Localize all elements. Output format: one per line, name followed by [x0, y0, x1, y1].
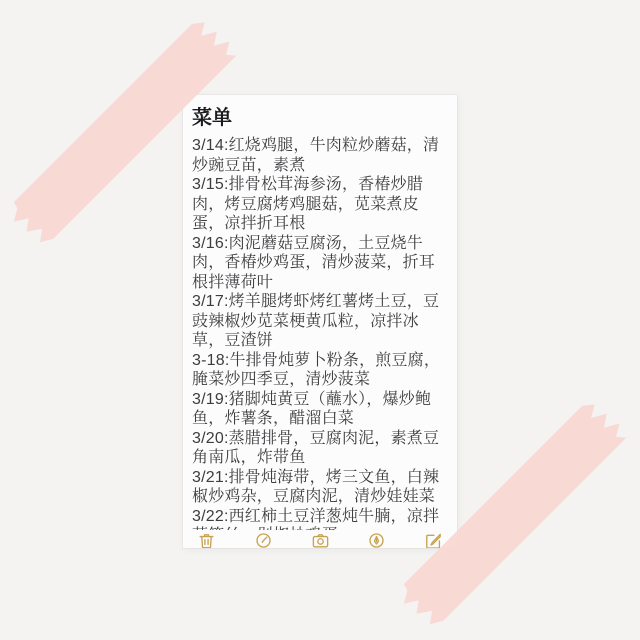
- trash-icon[interactable]: [197, 531, 216, 548]
- menu-entry: 3/17:烤羊腿烤虾烤红薯烤土豆，豆豉辣椒炒苋菜梗黄瓜粒，凉拌冰草，豆渣饼: [192, 292, 448, 351]
- markup-icon[interactable]: [367, 531, 386, 548]
- note-body: 菜单 3/14:红烧鸡腿，牛肉粒炒蘑菇，清炒豌豆苗，素煮3/15:排骨松茸海参汤…: [183, 95, 457, 546]
- menu-entry: 3-18:牛排骨炖萝卜粉条，煎豆腐，腌菜炒四季豆，清炒菠菜: [192, 351, 448, 390]
- notes-toolbar: [183, 530, 457, 548]
- menu-entry: 3/20:蒸腊排骨，豆腐肉泥，素煮豆角南瓜，炸带鱼: [192, 429, 448, 468]
- photo-background: 菜单 3/14:红烧鸡腿，牛肉粒炒蘑菇，清炒豌豆苗，素煮3/15:排骨松茸海参汤…: [0, 0, 640, 640]
- note-entries: 3/14:红烧鸡腿，牛肉粒炒蘑菇，清炒豌豆苗，素煮3/15:排骨松茸海参汤，香椿…: [192, 136, 448, 546]
- menu-entry: 3/16:肉泥蘑菇豆腐汤，土豆烧牛肉，香椿炒鸡蛋，清炒菠菜，折耳根拌薄荷叶: [192, 234, 448, 293]
- clock-icon[interactable]: [254, 531, 273, 548]
- notes-screenshot-card: 菜单 3/14:红烧鸡腿，牛肉粒炒蘑菇，清炒豌豆苗，素煮3/15:排骨松茸海参汤…: [183, 95, 457, 548]
- compose-icon[interactable]: [424, 531, 443, 548]
- menu-entry: 3/14:红烧鸡腿，牛肉粒炒蘑菇，清炒豌豆苗，素煮: [192, 136, 448, 175]
- menu-entry: 3/21:排骨炖海带，烤三文鱼，白辣椒炒鸡杂，豆腐肉泥，清炒娃娃菜: [192, 468, 448, 507]
- menu-entry: 3/15:排骨松茸海参汤，香椿炒腊肉，烤豆腐烤鸡腿菇，苋菜煮皮蛋，凉拌折耳根: [192, 175, 448, 234]
- menu-entry: 3/19:猪脚炖黄豆（蘸水），爆炒鲍鱼，炸薯条，醋溜白菜: [192, 390, 448, 429]
- note-title: 菜单: [192, 107, 448, 129]
- camera-icon[interactable]: [311, 531, 330, 548]
